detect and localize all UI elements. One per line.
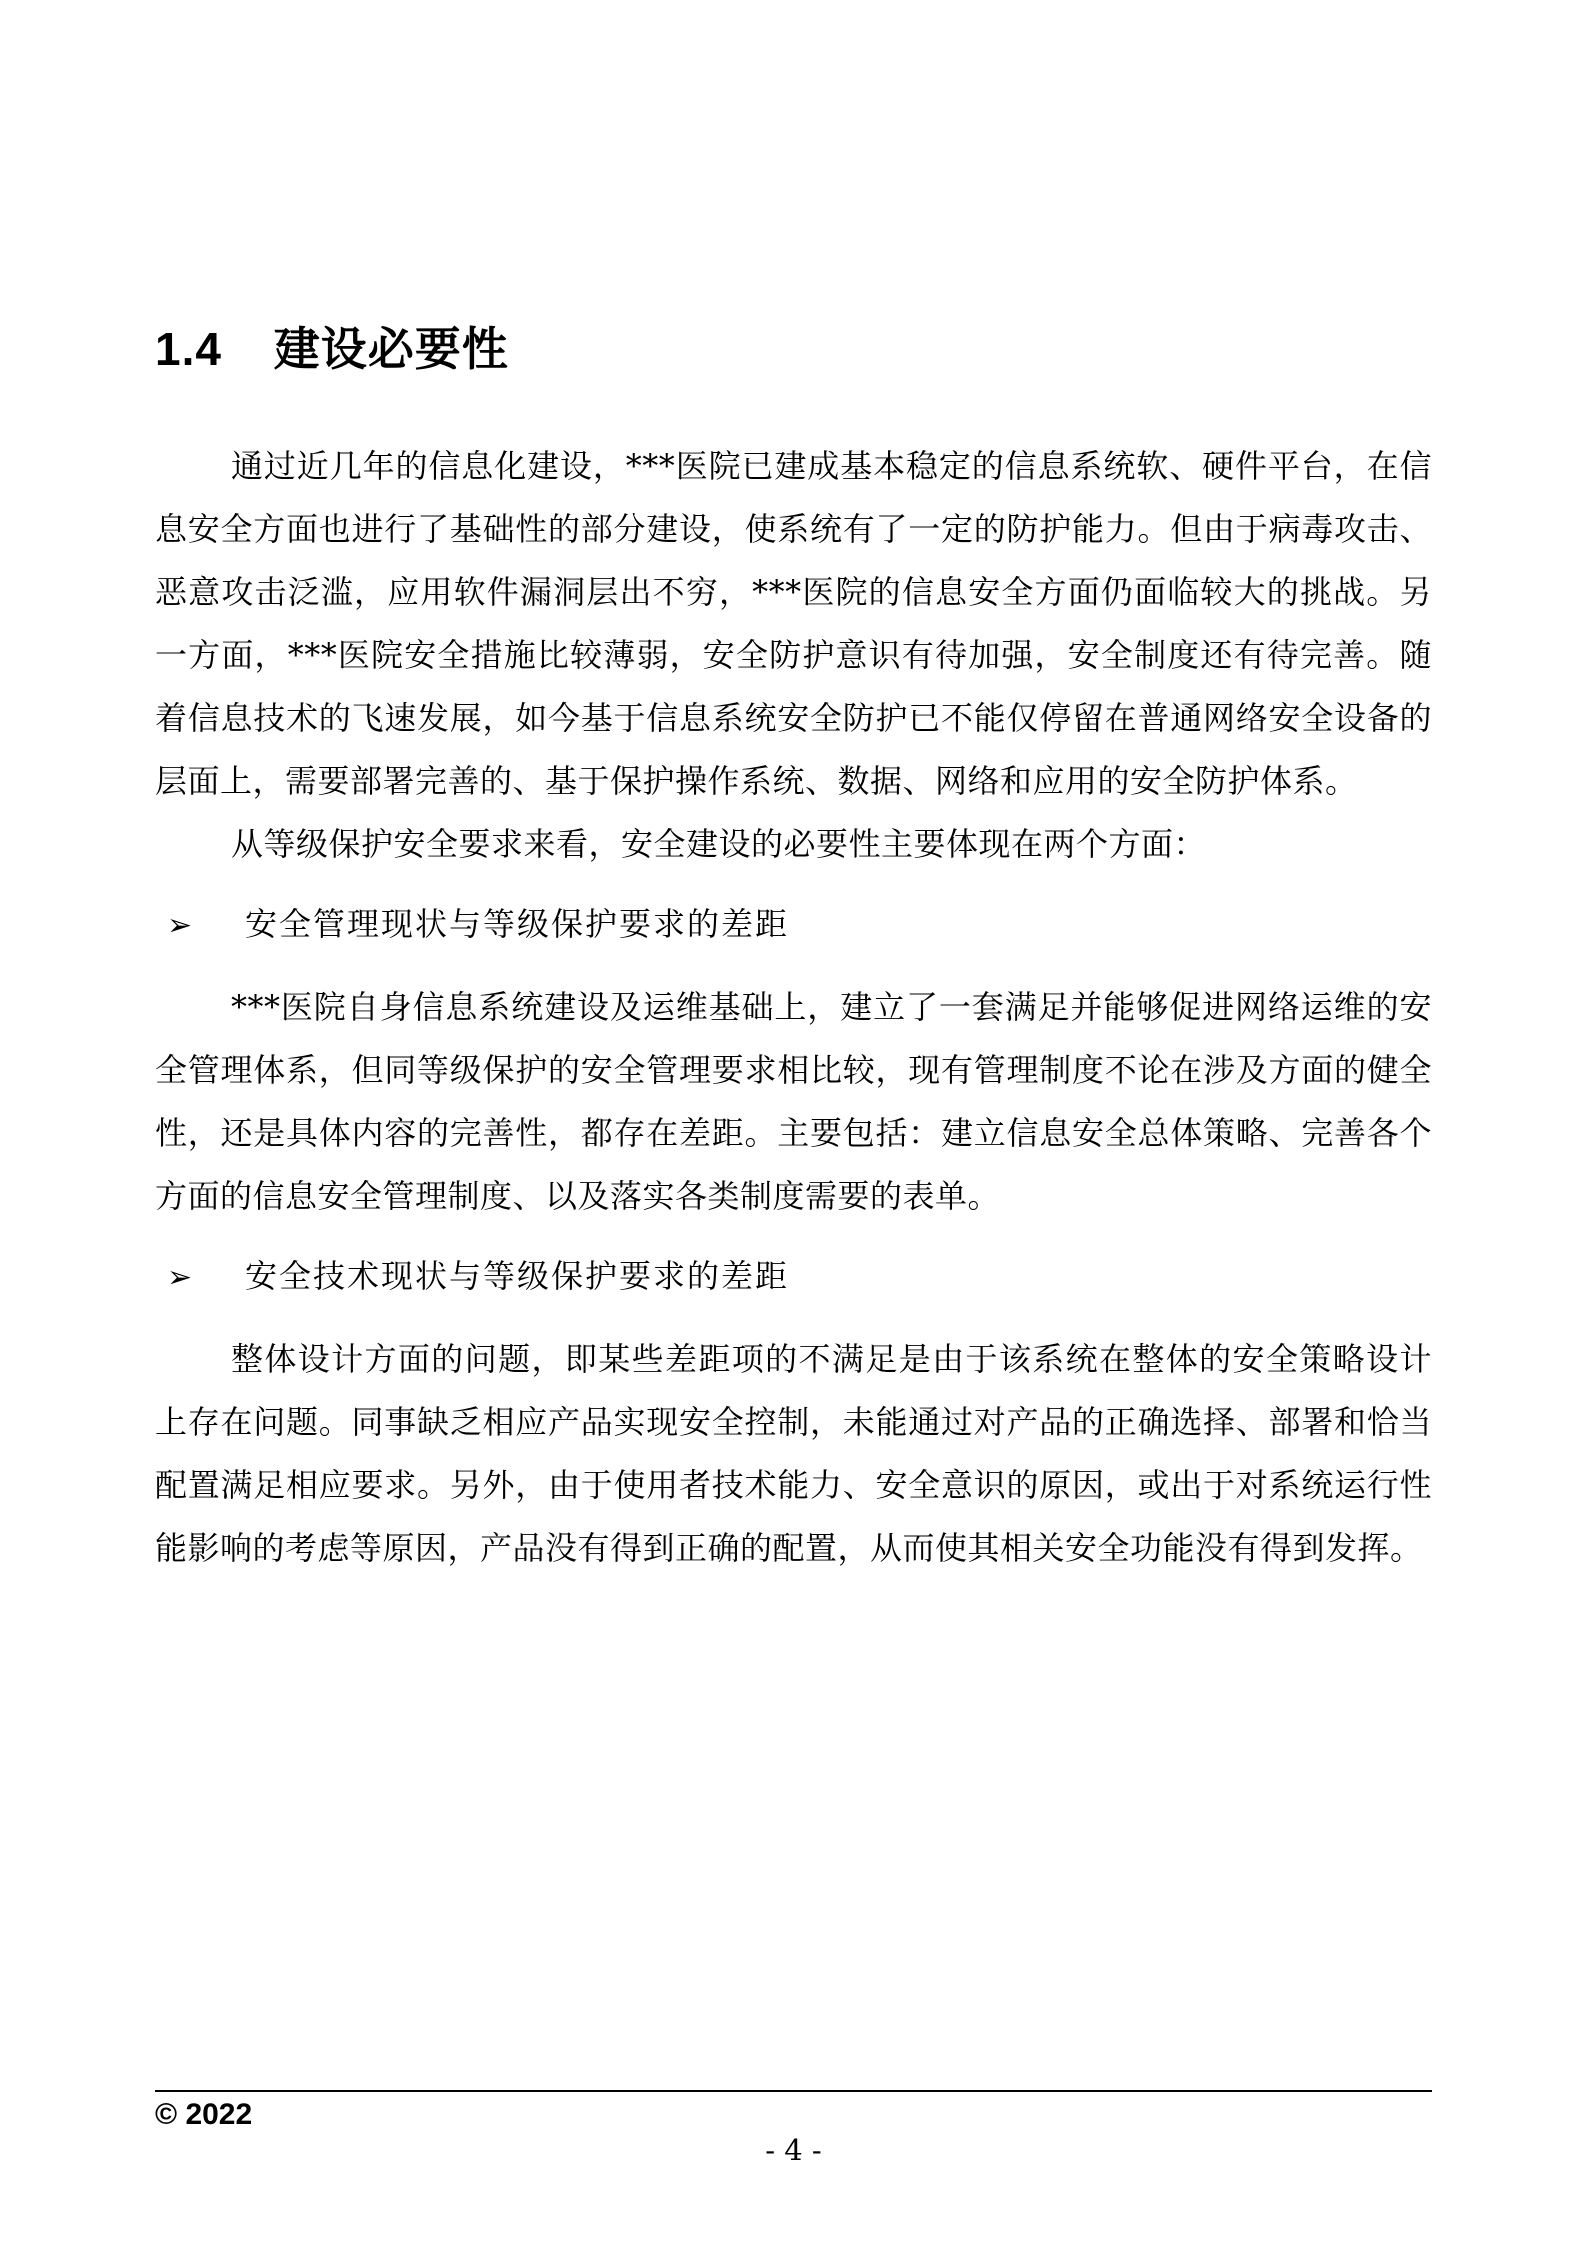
list-item-technical-gap: ➢ 安全技术现状与等级保护要求的差距 xyxy=(155,1245,1432,1309)
footer-divider xyxy=(155,2090,1432,2092)
list-item-management-gap: ➢ 安全管理现状与等级保护要求的差距 xyxy=(155,893,1432,957)
page-footer: © 2022 - 4 - xyxy=(155,2090,1432,2166)
paragraph-two-aspects: 从等级保护安全要求来看，安全建设的必要性主要体现在两个方面： xyxy=(155,813,1432,876)
page-number: - 4 - xyxy=(155,2134,1432,2166)
copyright-text: © 2022 xyxy=(155,2098,1432,2132)
section-number: 1.4 xyxy=(155,322,222,377)
section-title: 建设必要性 xyxy=(274,323,509,375)
document-page: 1.4 建设必要性 通过近几年的信息化建设，***医院已建成基本稳定的信息系统软… xyxy=(0,0,1587,2245)
list-item-text: 安全技术现状与等级保护要求的差距 xyxy=(245,1245,789,1308)
page-content: 1.4 建设必要性 通过近几年的信息化建设，***医院已建成基本稳定的信息系统软… xyxy=(0,0,1587,1580)
arrow-bullet-icon: ➢ xyxy=(167,894,215,957)
paragraph-intro: 通过近几年的信息化建设，***医院已建成基本稳定的信息系统软、硬件平台，在信息安… xyxy=(155,435,1432,813)
list-item-text: 安全管理现状与等级保护要求的差距 xyxy=(245,893,789,956)
paragraph-management-gap: ***医院自身信息系统建设及运维基础上，建立了一套满足并能够促进网络运维的安全管… xyxy=(155,976,1432,1228)
arrow-bullet-icon: ➢ xyxy=(167,1246,215,1309)
section-heading: 1.4 建设必要性 xyxy=(155,0,1432,377)
paragraph-technical-gap: 整体设计方面的问题，即某些差距项的不满足是由于该系统在整体的安全策略设计上存在问… xyxy=(155,1328,1432,1580)
